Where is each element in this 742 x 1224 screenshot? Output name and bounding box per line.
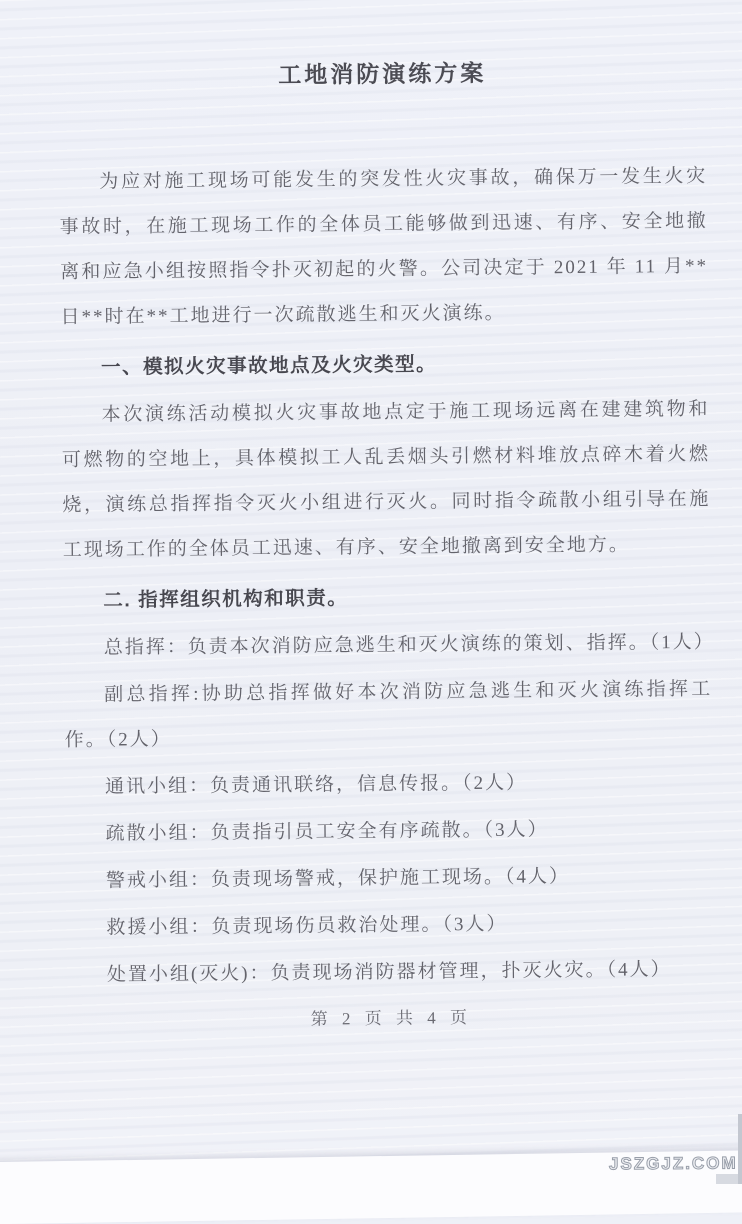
role-guard-team: 警戒小组：负责现场警戒，保护施工现场。（4人）	[66, 853, 714, 904]
role-deputy-commander: 副总指挥:协助总指挥做好本次消防应急逃生和灭火演练指挥工作。（2人）	[64, 667, 713, 763]
role-evacuation-team: 疏散小组：负责指引员工安全有序疏散。（3人）	[65, 806, 713, 857]
role-disposal-team: 处置小组(灭火)：负责现场消防器材管理，扑灭火灾。（4人）	[67, 947, 715, 998]
section-2-heading: 二. 指挥组织机构和职责。	[63, 573, 711, 624]
document-body: 工地消防演练方案 为应对施工现场可能发生的突发性火灾事故，确保万一发生火灾事故时…	[58, 42, 715, 1034]
watermark-text: JSZGJZ.COM	[609, 1154, 738, 1175]
role-communication-team: 通讯小组：负责通讯联络，信息传报。（2人）	[65, 759, 713, 810]
scan-right-edge	[738, 1114, 742, 1184]
document-title: 工地消防演练方案	[58, 56, 706, 94]
role-general-commander: 总指挥：负责本次消防应急逃生和灭火演练的策划、指挥。（1人）	[64, 620, 712, 671]
role-rescue-team: 救援小组：负责现场伤员救治处理。（3人）	[66, 900, 714, 951]
intro-paragraph: 为应对施工现场可能发生的突发性火灾事故，确保万一发生火灾事故时，在施工现场工作的…	[59, 154, 709, 340]
scanned-page: 工地消防演练方案 为应对施工现场可能发生的突发性火灾事故，确保万一发生火灾事故时…	[0, 0, 742, 1184]
page-number: 第 2 页 共 4 页	[67, 1004, 715, 1034]
section-1-heading: 一、模拟火灾事故地点及火灾类型。	[61, 340, 709, 391]
section-1-paragraph: 本次演练活动模拟火灾事故地点定于施工现场远离在建建筑物和可燃物的空地上，具体模拟…	[61, 387, 711, 573]
